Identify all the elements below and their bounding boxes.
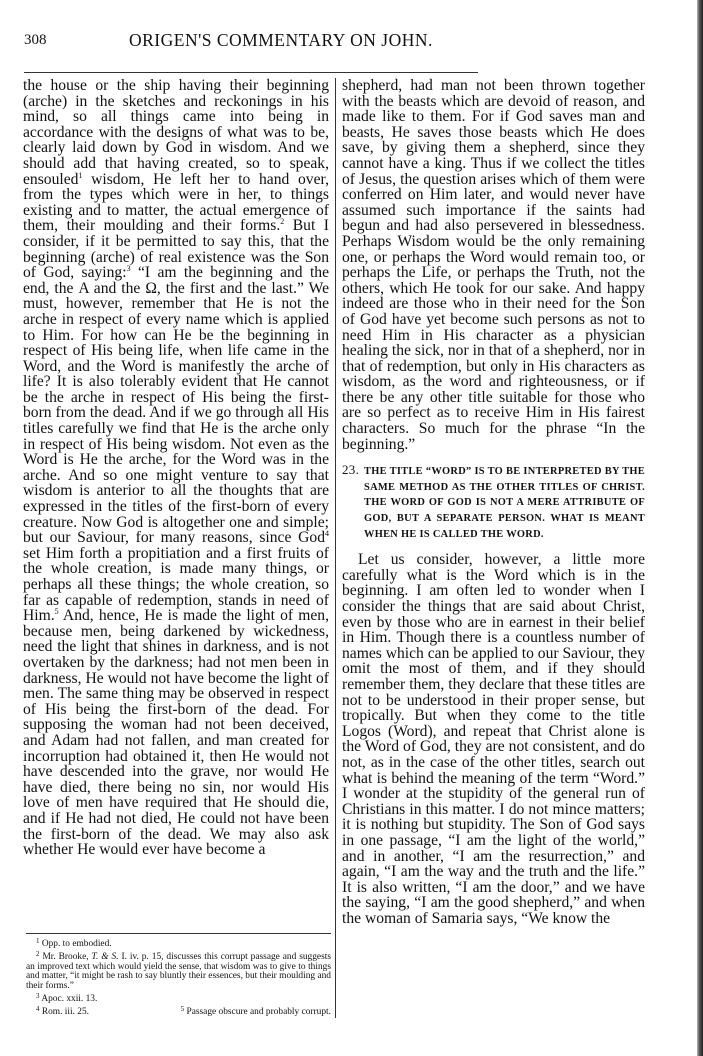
footnote-rule xyxy=(26,933,331,934)
body-paragraph: the house or the ship having their begin… xyxy=(23,78,329,858)
section-heading: 23.THE TITLE “WORD” IS TO BE INTERPRETED… xyxy=(342,462,645,542)
footnote-4: 4 Rom. iii. 25. xyxy=(36,1005,89,1018)
left-column: the house or the ship having their begin… xyxy=(23,78,329,858)
running-title: ORIGEN'S COMMENTARY ON JOHN. xyxy=(129,30,433,51)
footnote-2: 2 Mr. Brooke, T. & S. I. iv. p. 15, disc… xyxy=(26,950,331,992)
section-number: 23. xyxy=(342,462,364,478)
body-paragraph: shepherd, had man not been thrown togeth… xyxy=(342,78,645,452)
right-column: shepherd, had man not been thrown togeth… xyxy=(342,78,645,926)
page-header: 308 ORIGEN'S COMMENTARY ON JOHN. xyxy=(24,30,479,54)
footnotes: 1 Opp. to embodied. 2 Mr. Brooke, T. & S… xyxy=(26,937,331,1018)
column-divider xyxy=(335,78,336,1018)
section-title: THE TITLE “WORD” IS TO BE INTERPRETED BY… xyxy=(364,466,645,539)
footnote-3: 3 Apoc. xxii. 13. xyxy=(26,992,331,1005)
text-run: And, hence, He is made the light of men,… xyxy=(23,607,329,858)
footnote-5: 5 Passage obscure and probably corrupt. xyxy=(181,1005,331,1018)
page-number: 308 xyxy=(24,32,47,49)
header-rule xyxy=(24,72,478,73)
text-run: “I am the beginning and the end, the Α a… xyxy=(23,264,329,546)
scan-border xyxy=(697,0,703,1056)
footnote-1: 1 Opp. to embodied. xyxy=(26,937,331,950)
body-paragraph: Let us consider, however, a little more … xyxy=(342,552,645,926)
footnote-ref[interactable]: 4 xyxy=(325,529,329,538)
footnote-row: 4 Rom. iii. 25. 5 Passage obscure and pr… xyxy=(26,1005,331,1018)
